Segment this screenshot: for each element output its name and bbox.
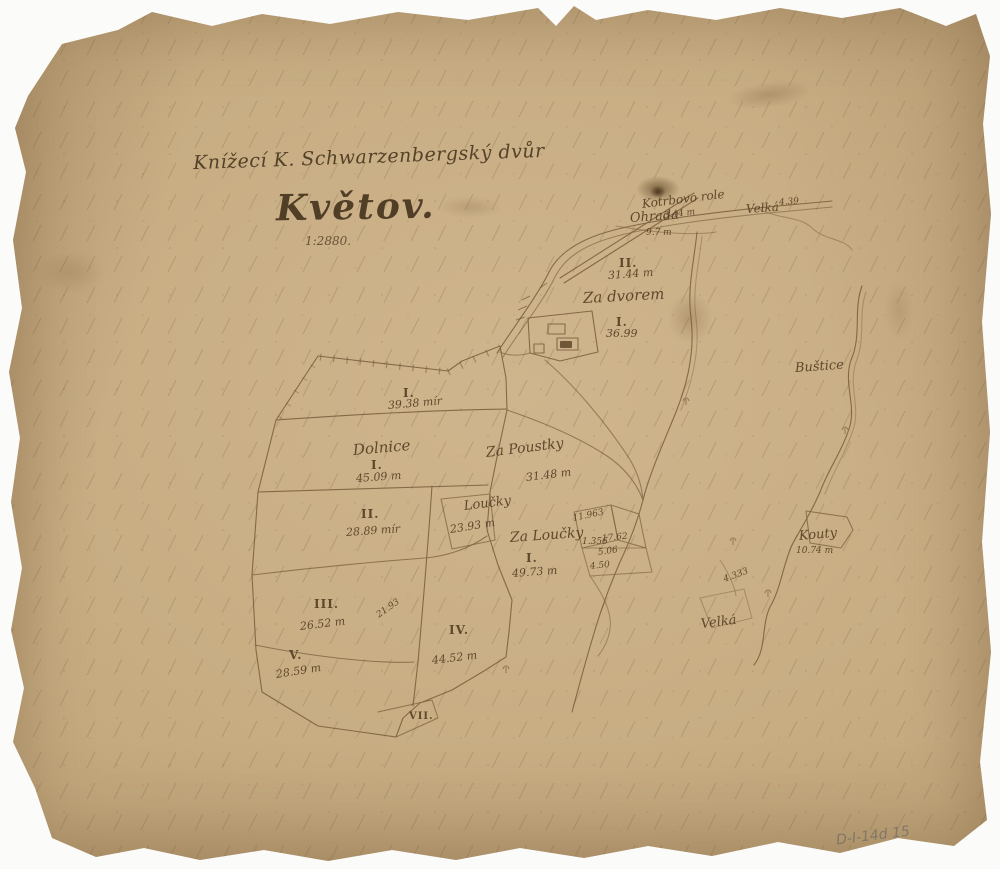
block-left	[252, 356, 318, 692]
map-title: Květov.	[276, 185, 436, 230]
label-parcel-ii-west-area: 28.89 mír	[346, 523, 401, 538]
divider-4	[255, 645, 414, 662]
tree-icon	[503, 666, 509, 673]
divider-2	[258, 485, 488, 492]
stream-right-2	[825, 292, 866, 494]
label-parcel-v: V.	[289, 649, 302, 661]
label-parcel-iii: III.	[314, 598, 339, 610]
road-topright	[757, 208, 852, 250]
label-za-loucky-area: 49.73 m	[512, 565, 558, 579]
scanned-map-page: Knížecí K. Schwarzenbergský dvůr Květov.…	[0, 0, 1000, 869]
farm-buildings-outline	[534, 324, 578, 353]
label-kouty: Kouty	[798, 527, 837, 543]
survey-ticks-3	[280, 358, 318, 418]
map-scale: 1:2880.	[305, 234, 351, 248]
map-paper-sheet: Knížecí K. Schwarzenbergský dvůr Květov.…	[0, 0, 1000, 869]
label-parcel-ii-top-area: 31.44 m	[608, 267, 654, 281]
label-velka-top-area: 4.39	[779, 198, 800, 208]
divider-vertical	[413, 486, 432, 706]
block-top	[318, 346, 500, 371]
label-parcel-i-top-area: 36.99	[606, 328, 638, 339]
tree-icon	[765, 590, 771, 597]
road-top	[497, 201, 832, 353]
label-za-loucky-num: I.	[526, 552, 538, 564]
label-za-dvorem: Za dvorem	[583, 287, 665, 306]
farm-building-filled	[560, 341, 572, 348]
brook-lower	[590, 576, 610, 656]
label-parcel-ii-west: II.	[361, 508, 379, 520]
survey-ticks-1	[320, 357, 448, 372]
label-velka-top: Velká	[746, 201, 780, 215]
stream-right	[754, 286, 862, 665]
label-bustice: Buštice	[795, 359, 845, 375]
label-kouty-area: 10.74 m	[796, 547, 833, 556]
divider-3	[252, 536, 487, 575]
label-parcel-iv: IV.	[449, 624, 469, 636]
survey-ticks-2	[448, 347, 500, 372]
map-linework	[0, 0, 1000, 869]
label-ohrada: Ohrada	[630, 209, 680, 225]
label-parcel-vii: VII.	[409, 712, 434, 722]
label-dolnice-area: 45.09 m	[356, 470, 402, 484]
label-ohrada-area: 9.7 m	[646, 229, 672, 238]
tree-icon	[730, 538, 736, 545]
